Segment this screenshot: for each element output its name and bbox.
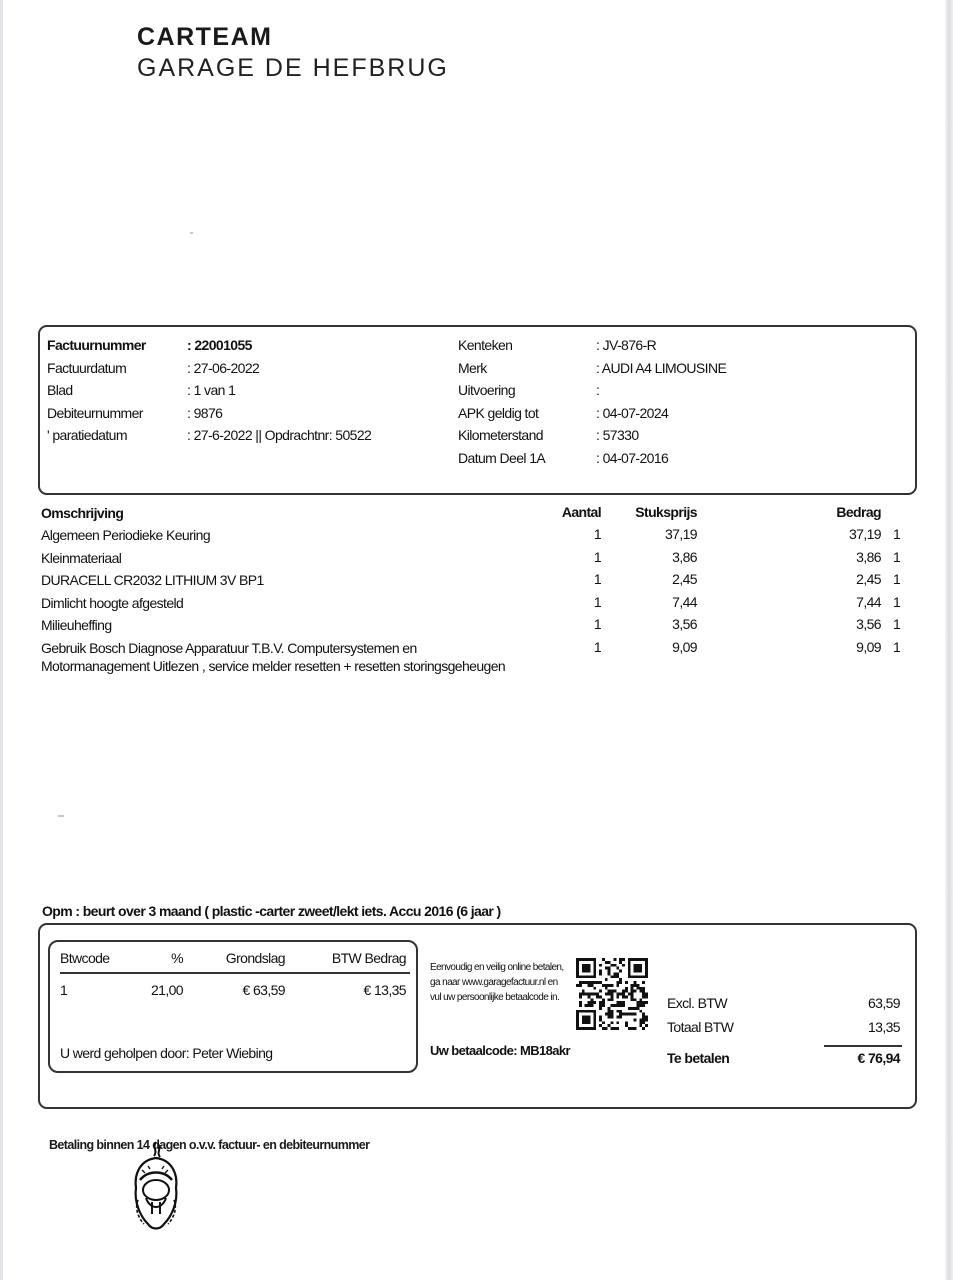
amount-due-label: Te betalen	[667, 1050, 729, 1066]
variant-value: :	[596, 379, 599, 402]
vat-box: Btwcode % Grondslag BTW Bedrag 1 21,00 €…	[48, 940, 418, 1073]
variant-label: Uitvoering	[458, 379, 596, 402]
line-items-body: Algemeen Periodieke Keuring137,1937,191K…	[41, 524, 911, 676]
vat-header-base: Grondslag	[200, 950, 285, 966]
invoice-number-label: Factuurnummer	[47, 334, 187, 357]
payment-code: Uw betaalcode: MB18akr	[430, 1043, 570, 1058]
line-item-quantity: 1	[541, 526, 601, 542]
amount-due-row: Te betalen € 76,94	[667, 1050, 902, 1074]
excl-vat-value: 63,59	[868, 995, 900, 1011]
company-subtitle: GARAGE DE HEFBRUG	[137, 52, 449, 84]
plate-label: Kenteken	[458, 334, 596, 357]
page-edge-left	[0, 0, 3, 1280]
apk-row: APK geldig tot : 04-07-2024	[458, 402, 726, 425]
line-item-amount: 9,09	[801, 639, 881, 655]
totals-divider	[824, 1045, 902, 1047]
line-item-unit-price: 37,19	[621, 526, 697, 542]
line-item-unit-price: 3,86	[621, 549, 697, 565]
page-label: Blad	[47, 379, 187, 402]
line-item-unit-price: 9,09	[621, 639, 697, 655]
vehicle-info: Kenteken : JV-876-R Merk : AUDI A4 LIMOU…	[458, 334, 726, 469]
debtor-number-value: : 9876	[187, 402, 222, 425]
registration-date-label: Datum Deel 1A	[458, 447, 596, 470]
qr-code-icon[interactable]	[576, 958, 648, 1030]
total-vat-label: Totaal BTW	[667, 1019, 733, 1035]
line-item-vat-code: 1	[893, 616, 903, 632]
scan-speck	[58, 815, 64, 817]
line-item-row: Algemeen Periodieke Keuring137,1937,191	[41, 524, 911, 547]
line-items-header: Omschrijving Aantal Stuksprijs Bedrag	[41, 502, 911, 524]
header-description: Omschrijving	[41, 502, 511, 523]
registration-date-value: : 04-07-2016	[596, 447, 668, 470]
line-item-amount: 2,45	[801, 571, 881, 587]
vat-header-percent: %	[135, 950, 183, 966]
variant-row: Uitvoering :	[458, 379, 726, 402]
line-item-unit-price: 2,45	[621, 571, 697, 587]
header-amount: Bedrag	[801, 504, 881, 520]
repair-date-value: : 27-6-2022 || Opdrachtnr: 50522	[187, 424, 371, 447]
plate-value: : JV-876-R	[596, 334, 656, 357]
vat-code: 1	[60, 982, 67, 998]
line-item-quantity: 1	[541, 549, 601, 565]
registration-date-row: Datum Deel 1A : 04-07-2016	[458, 447, 726, 470]
line-item-quantity: 1	[541, 639, 601, 655]
apk-value: : 04-07-2024	[596, 402, 668, 425]
debtor-number-row: Debiteurnummer : 9876	[47, 402, 371, 425]
mileage-row: Kilometerstand : 57330	[458, 424, 726, 447]
header-quantity: Aantal	[541, 504, 601, 520]
line-item-unit-price: 7,44	[621, 594, 697, 610]
line-items-table: Omschrijving Aantal Stuksprijs Bedrag Al…	[41, 502, 911, 676]
make-row: Merk : AUDI A4 LIMOUSINE	[458, 357, 726, 380]
line-item-vat-code: 1	[893, 549, 903, 565]
debtor-number-label: Debiteurnummer	[47, 402, 187, 425]
line-item-amount: 37,19	[801, 526, 881, 542]
line-item-row: DURACELL CR2032 LITHIUM 3V BP112,452,451	[41, 569, 911, 592]
line-item-description: Milieuheffing	[41, 614, 511, 635]
vat-header-amount: BTW Bedrag	[298, 950, 406, 966]
vat-header-code: Btwcode	[60, 950, 110, 966]
line-item-description: Kleinmateriaal	[41, 547, 511, 568]
invoice-info: Factuurnummer : 22001055 Factuurdatum : …	[47, 334, 371, 447]
repair-date-label: ' paratiedatum	[47, 424, 187, 447]
line-item-row: Milieuheffing13,563,561	[41, 614, 911, 637]
excl-vat-label: Excl. BTW	[667, 995, 727, 1011]
page-row: Blad : 1 van 1	[47, 379, 371, 402]
payment-terms: Betaling binnen 14 dagen o.v.v. factuur-…	[49, 1138, 369, 1152]
line-item-quantity: 1	[541, 594, 601, 610]
apk-label: APK geldig tot	[458, 402, 596, 425]
helmet-crest-icon	[128, 1140, 184, 1232]
page-value: : 1 van 1	[187, 379, 235, 402]
line-item-vat-code: 1	[893, 594, 903, 610]
vat-base: € 63,59	[200, 982, 285, 998]
line-item-amount: 3,86	[801, 549, 881, 565]
total-vat-row: Totaal BTW 13,35	[667, 1019, 902, 1043]
line-item-vat-code: 1	[893, 571, 903, 587]
vat-percent: 21,00	[135, 982, 183, 998]
helped-by: U werd geholpen door: Peter Wiebing	[60, 1045, 272, 1061]
invoice-date-value: : 27-06-2022	[187, 357, 259, 380]
line-item-quantity: 1	[541, 616, 601, 632]
line-item-vat-code: 1	[893, 639, 903, 655]
line-item-vat-code: 1	[893, 526, 903, 542]
line-item-quantity: 1	[541, 571, 601, 587]
invoice-number-row: Factuurnummer : 22001055	[47, 334, 371, 357]
line-item-description: DURACELL CR2032 LITHIUM 3V BP1	[41, 569, 511, 590]
excl-vat-row: Excl. BTW 63,59	[667, 995, 902, 1019]
repair-date-row: ' paratiedatum : 27-6-2022 || Opdrachtnr…	[47, 424, 371, 447]
line-item-row: Gebruik Bosch Diagnose Apparatuur T.B.V.…	[41, 637, 911, 676]
line-item-amount: 3,56	[801, 616, 881, 632]
vat-table-header: Btwcode % Grondslag BTW Bedrag	[60, 950, 410, 974]
line-item-description: Gebruik Bosch Diagnose Apparatuur T.B.V.…	[41, 637, 511, 676]
invoice-date-label: Factuurdatum	[47, 357, 187, 380]
mileage-value: : 57330	[596, 424, 639, 447]
line-item-row: Dimlicht hoogte afgesteld17,447,441	[41, 592, 911, 615]
amount-due-value: € 76,94	[857, 1050, 900, 1066]
page-edge-right	[945, 0, 953, 1280]
total-vat-value: 13,35	[868, 1019, 900, 1035]
company-header: CARTEAM GARAGE DE HEFBRUG	[137, 22, 449, 84]
line-item-description: Algemeen Periodieke Keuring	[41, 524, 511, 545]
scan-speck	[190, 232, 193, 234]
header-unit-price: Stuksprijs	[621, 504, 697, 520]
payment-instructions: Eenvoudig en veilig online betalen, ga n…	[430, 960, 570, 1005]
totals: Excl. BTW 63,59 Totaal BTW 13,35 Te beta…	[667, 995, 902, 1074]
line-item-unit-price: 3,56	[621, 616, 697, 632]
mileage-label: Kilometerstand	[458, 424, 596, 447]
plate-row: Kenteken : JV-876-R	[458, 334, 726, 357]
company-name: CARTEAM	[137, 22, 449, 52]
vat-amount: € 13,35	[298, 982, 406, 998]
line-item-amount: 7,44	[801, 594, 881, 610]
invoice-date-row: Factuurdatum : 27-06-2022	[47, 357, 371, 380]
make-value: : AUDI A4 LIMOUSINE	[596, 357, 726, 380]
remark: Opm : beurt over 3 maand ( plastic -cart…	[42, 903, 501, 919]
make-label: Merk	[458, 357, 596, 380]
line-item-description: Dimlicht hoogte afgesteld	[41, 592, 511, 613]
line-item-row: Kleinmateriaal13,863,861	[41, 547, 911, 570]
invoice-number-value: : 22001055	[187, 334, 252, 357]
